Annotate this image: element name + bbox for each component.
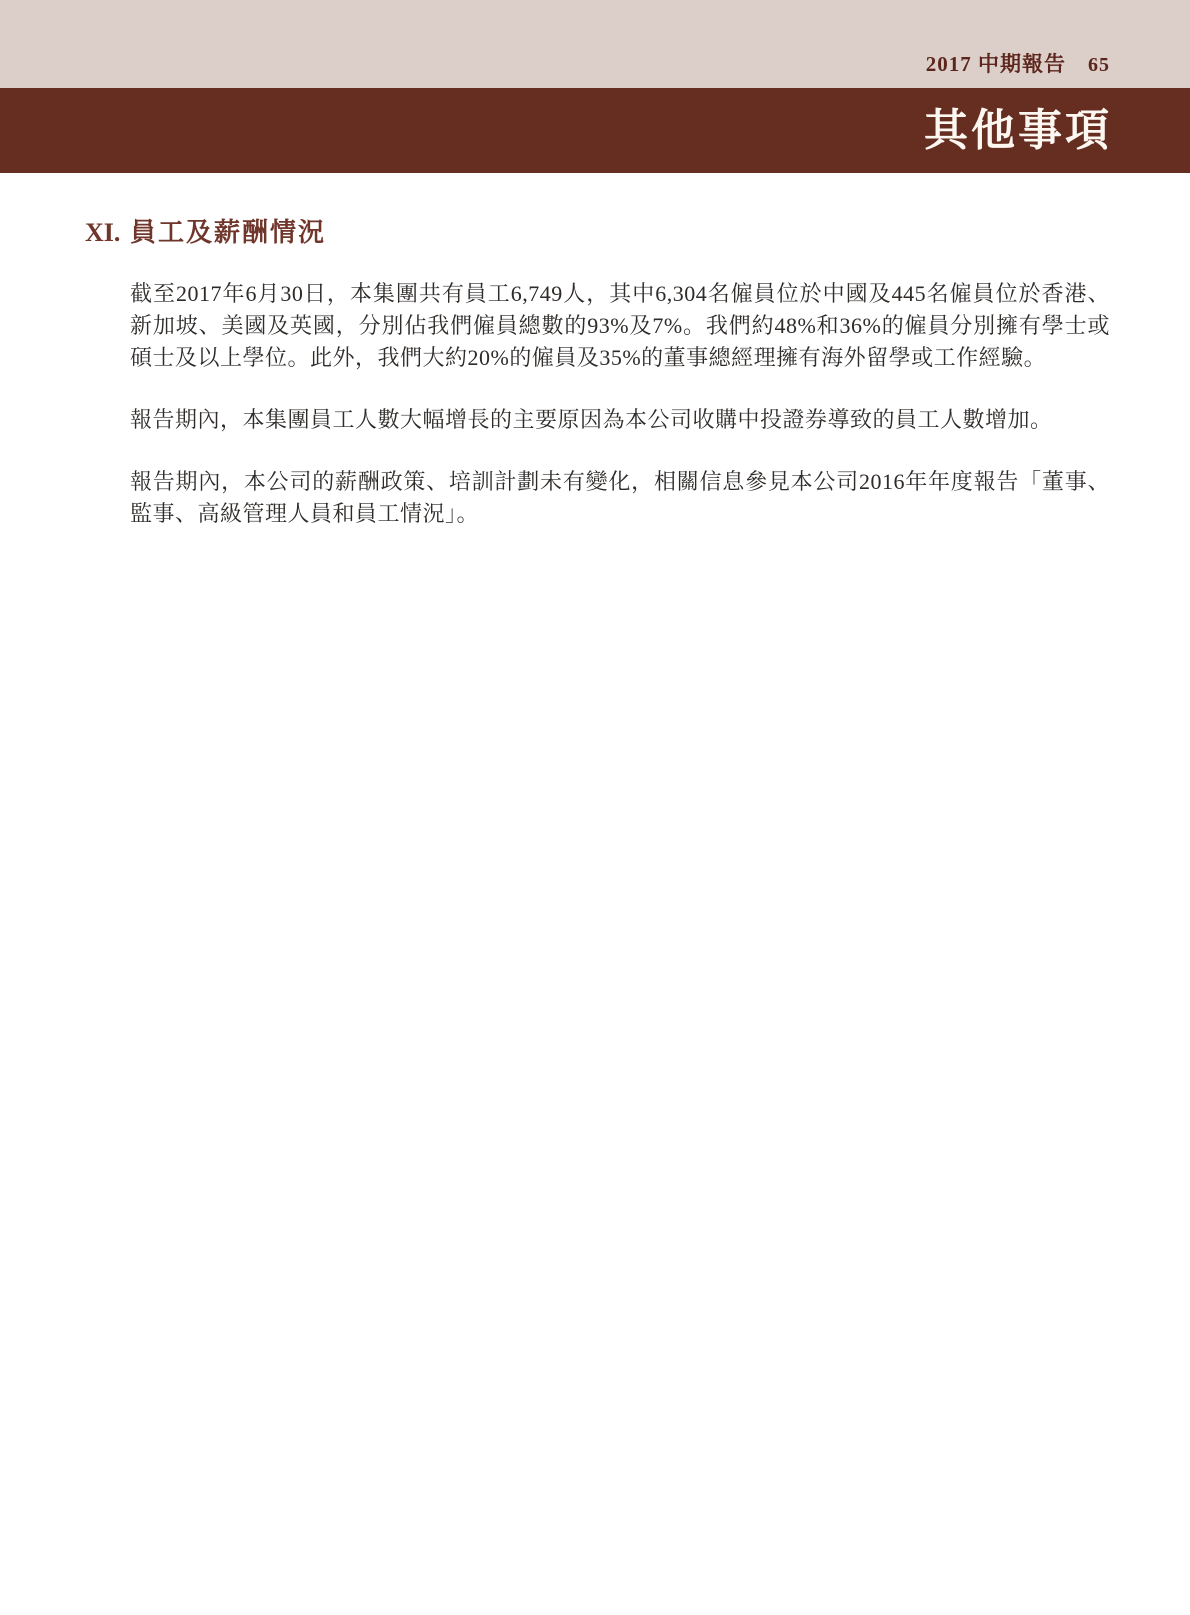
content-area: XI. 員工及薪酬情況 截至2017年6月30日，本集團共有員工6,749人，其… <box>0 173 1190 530</box>
running-header: 2017 中期報告 65 <box>926 54 1110 75</box>
paragraph-remuneration-policy: 報告期內，本公司的薪酬政策、培訓計劃未有變化，相關信息參見本公司2016年年度報… <box>130 466 1110 530</box>
report-title: 2017 中期報告 <box>926 54 1066 75</box>
chapter-banner: 其他事項 <box>0 88 1190 173</box>
page-number: 65 <box>1088 55 1110 75</box>
section-title: 員工及薪酬情況 <box>130 219 326 248</box>
page-header-bar: 2017 中期報告 65 <box>0 0 1190 88</box>
section-heading: XI. 員工及薪酬情況 <box>85 219 1190 248</box>
paragraph-employee-statistics: 截至2017年6月30日，本集團共有員工6,749人，其中6,304名僱員位於中… <box>130 278 1110 374</box>
chapter-title: 其他事項 <box>924 109 1112 153</box>
section-number: XI. <box>85 219 130 248</box>
paragraph-headcount-growth: 報告期內，本集團員工人數大幅增長的主要原因為本公司收購中投證券導致的員工人數增加… <box>130 404 1110 436</box>
